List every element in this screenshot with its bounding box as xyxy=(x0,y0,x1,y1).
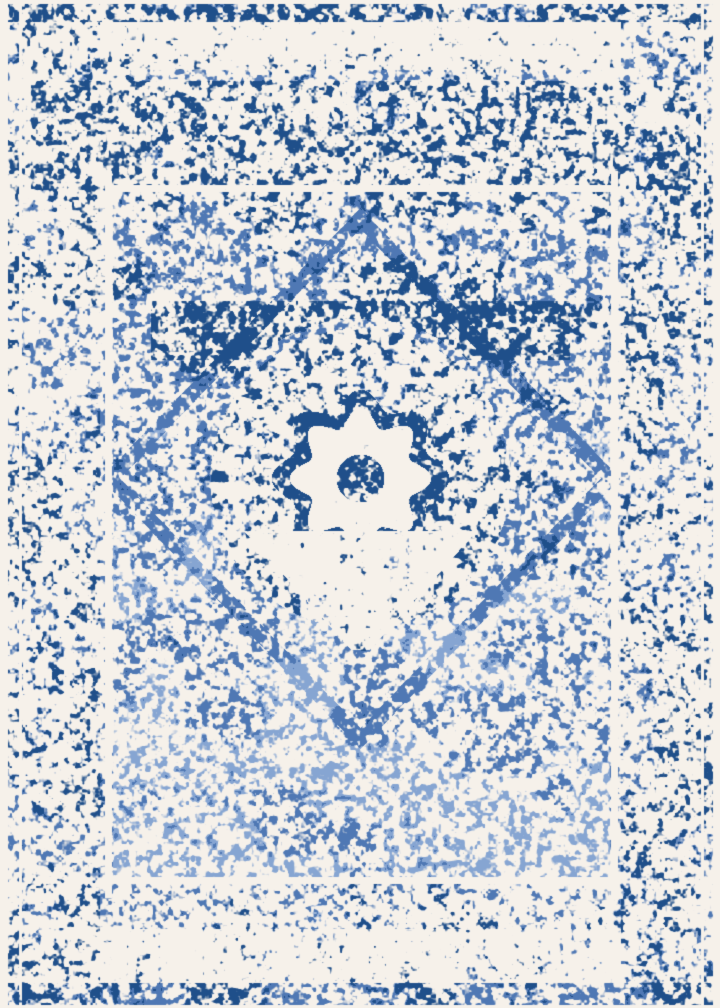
rug-image xyxy=(0,0,720,1008)
rug-pattern-canvas xyxy=(0,0,720,1008)
